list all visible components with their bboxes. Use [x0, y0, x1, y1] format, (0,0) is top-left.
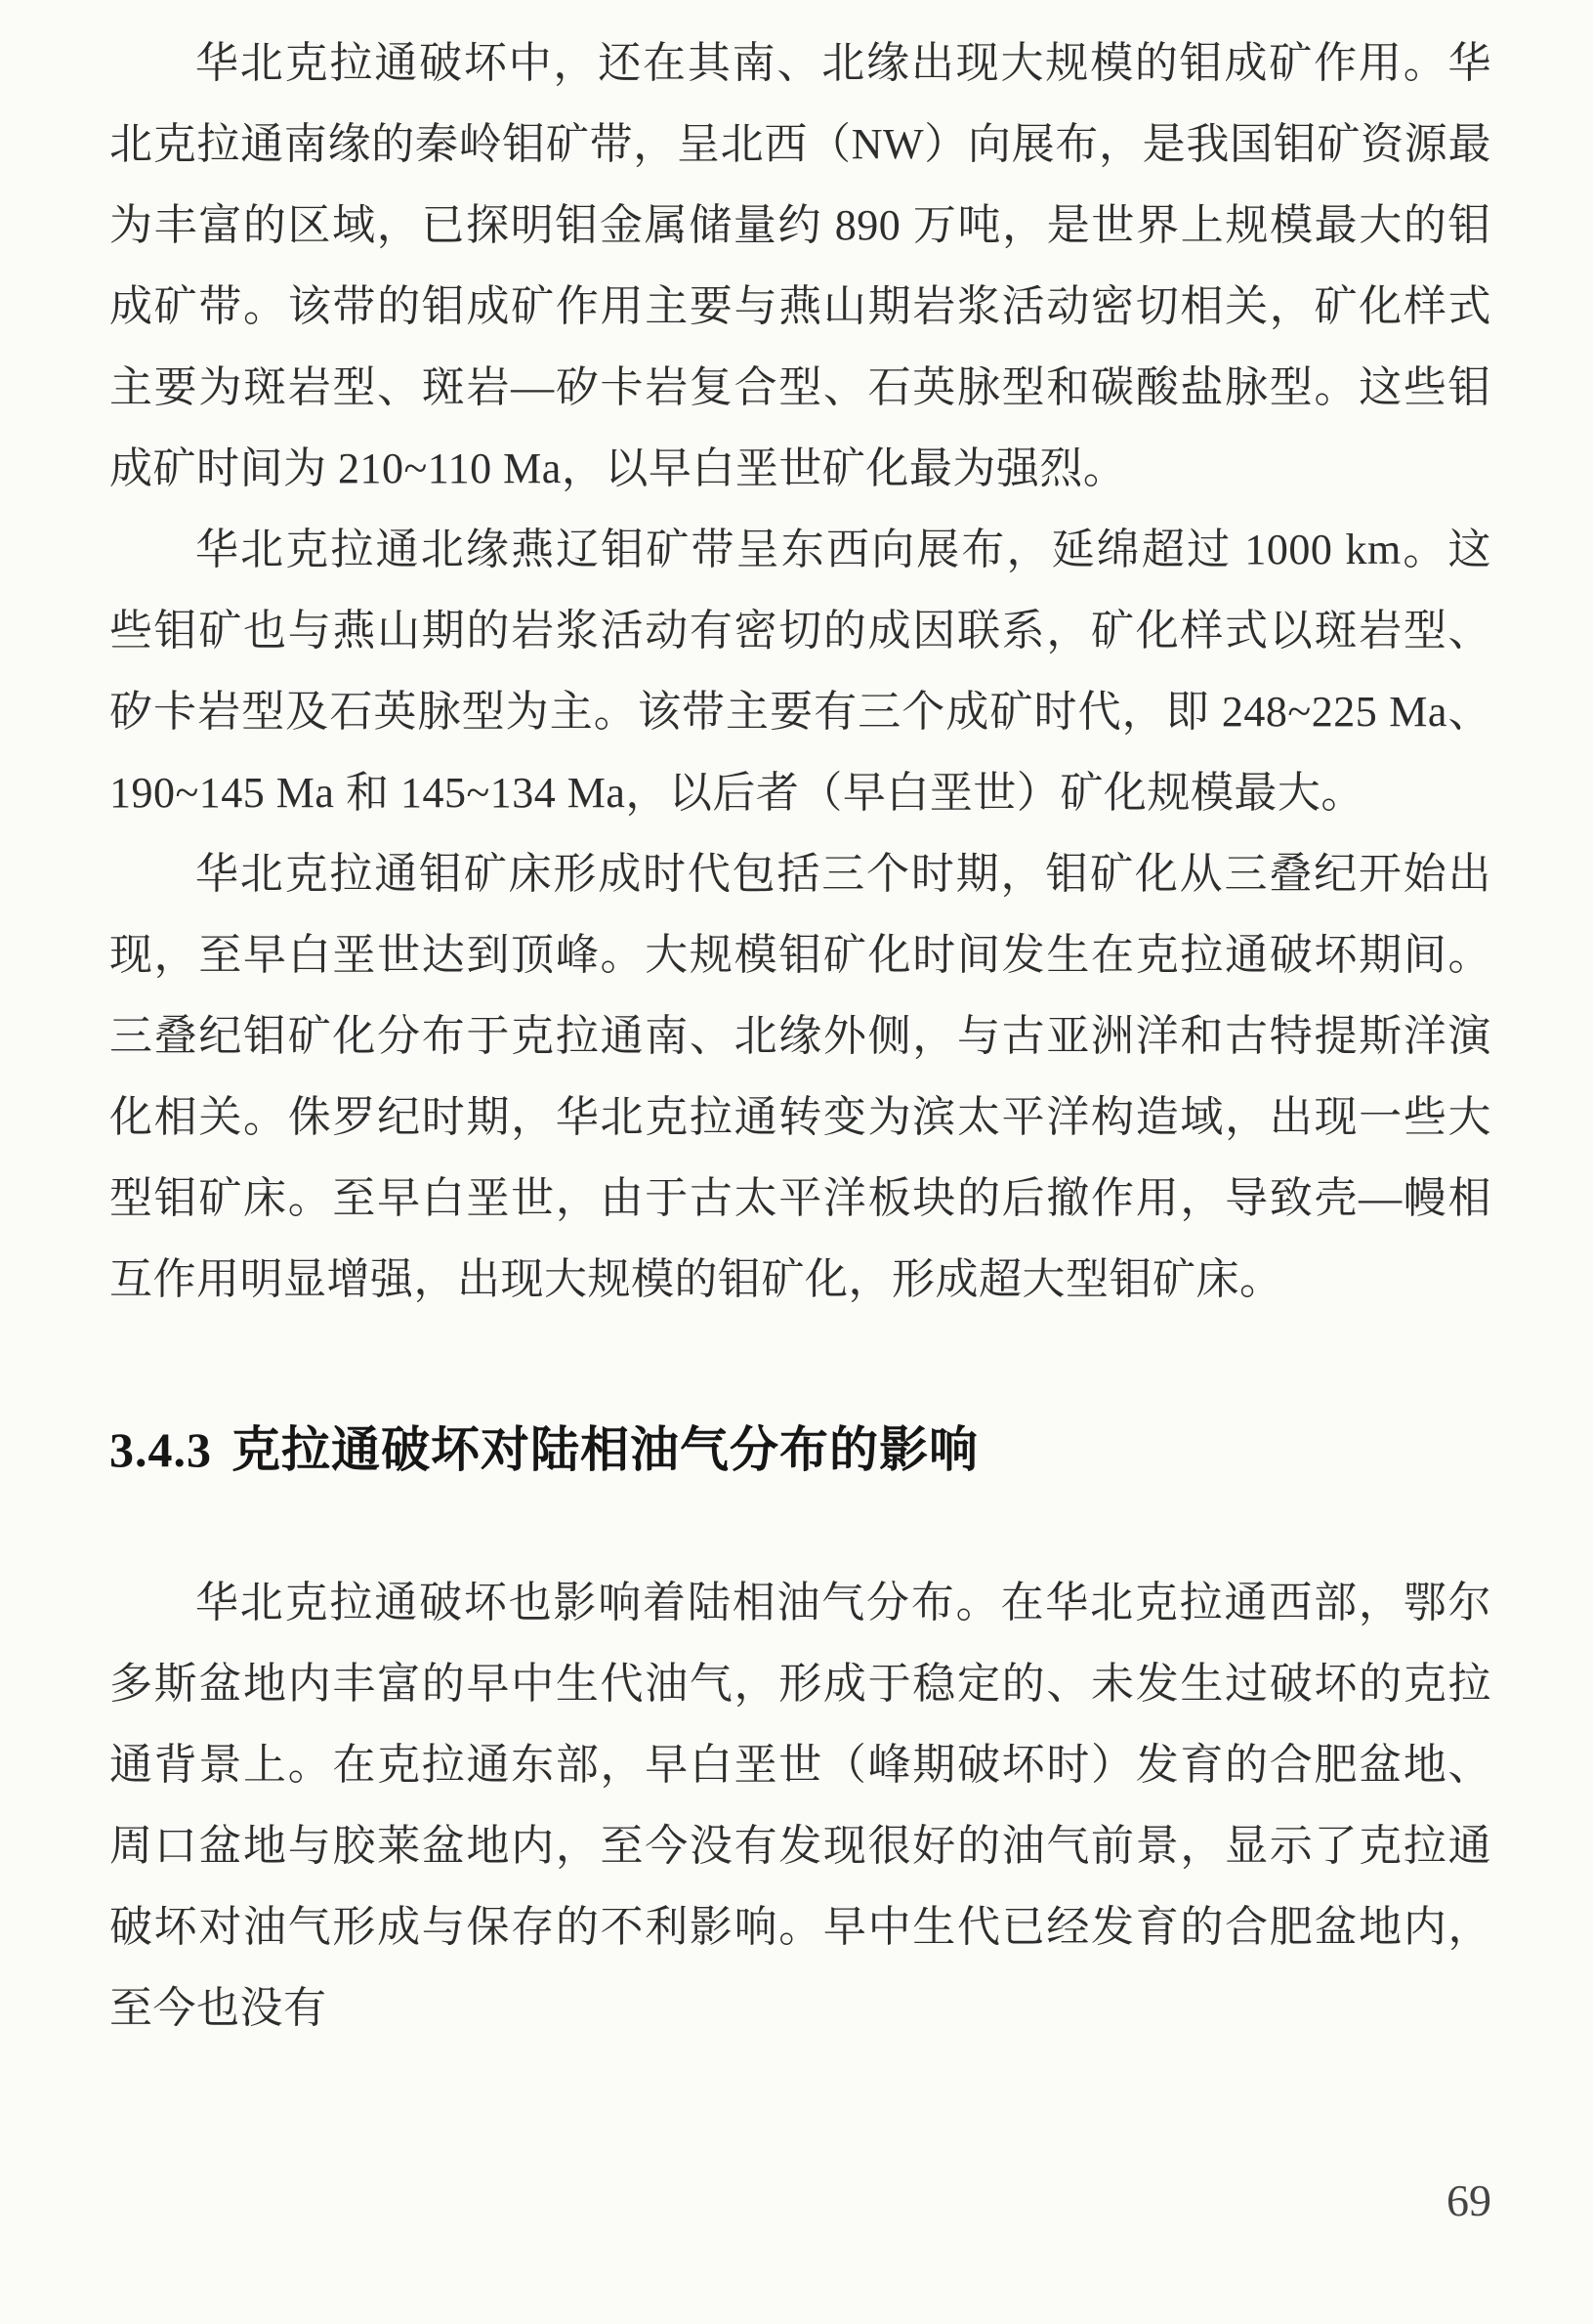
paragraph-craton-oil-gas: 华北克拉通破坏也影响着陆相油气分布。在华北克拉通西部，鄂尔多斯盆地内丰富的早中生…	[109, 1562, 1491, 2049]
paragraph-molybdenum-south-margin: 华北克拉通破坏中，还在其南、北缘出现大规模的钼成矿作用。华北克拉通南缘的秦岭钼矿…	[109, 22, 1491, 509]
page-number: 69	[1446, 2176, 1491, 2225]
section-heading-number: 3.4.3	[109, 1422, 212, 1477]
paragraph-molybdenum-north-margin: 华北克拉通北缘燕辽钼矿带呈东西向展布，延绵超过 1000 km。这些钼矿也与燕山…	[109, 509, 1491, 833]
book-page: 华北克拉通破坏中，还在其南、北缘出现大规模的钼成矿作用。华北克拉通南缘的秦岭钼矿…	[0, 0, 1593, 2324]
section-heading-title: 克拉通破坏对陆相油气分布的影响	[231, 1422, 979, 1477]
section-heading: 3.4.3克拉通破坏对陆相油气分布的影响	[109, 1420, 1491, 1479]
page-footer: 69	[109, 2178, 1491, 2223]
paragraph-molybdenum-deposit-periods: 华北克拉通钼矿床形成时代包括三个时期，钼矿化从三叠纪开始出现，至早白垩世达到顶峰…	[109, 833, 1491, 1320]
